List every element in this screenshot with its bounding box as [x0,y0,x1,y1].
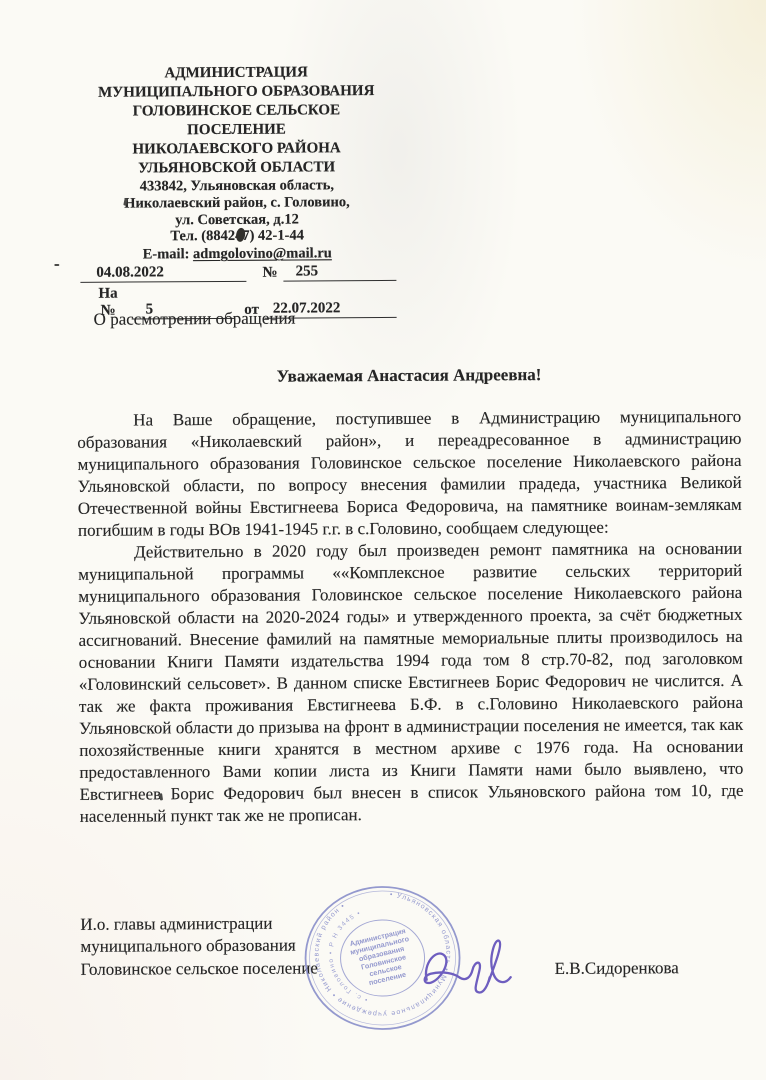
signer-position-line: И.о. главы администрации [80,912,317,936]
postal-address-line: 433842, Ульяновская область, [78,177,396,196]
subject-line: О рассмотрении обращения [94,309,296,330]
signer-name: Е.В.Сидоренкова [555,958,679,979]
org-name-line: МУНИЦИПАЛЬНОГО ОБРАЗОВАНИЯ [77,82,395,103]
signer-position: И.о. главы администрации муниципального … [80,912,318,981]
letterhead: АДМИНИСТРАЦИЯ МУНИЦИПАЛЬНОГО ОБРАЗОВАНИЯ… [77,63,397,320]
signature-stroke [488,940,510,982]
email-line: E-mail: admgolovino@mail.ru [78,245,396,263]
scan-speck [54,264,59,266]
postal-address-line: ул. Советская, д.12 [78,211,396,230]
org-name-line: АДМИНИСТРАЦИЯ [77,63,395,84]
handwritten-signature [412,935,516,1012]
org-name-line: НИКОЛАЕВСКОГО РАЙОНА [78,139,396,160]
salutation: Уважаемая Анастасия Андреевна! [77,364,741,388]
outgoing-ref-row: 04.08.2022 № 255 [80,263,396,283]
org-name-line: ГОЛОВИНСКОЕ СЕЛЬСКОЕ [77,101,395,122]
signer-position-line: Головинское сельское поселение [81,957,318,981]
org-name-line: УЛЬЯНОВСКОЙ ОБЛАСТИ [78,158,396,179]
stamp-center-text: Администрация муниципального образования… [347,926,418,990]
outgoing-date-field: 04.08.2022 [80,264,246,283]
signature-stroke [460,963,490,993]
email-label: E-mail: [143,246,190,262]
signer-position-line: муниципального образования [80,935,317,959]
signature-stroke [425,953,460,983]
body-paragraph: Действительно в 2020 году был произведен… [78,538,744,828]
number-sign-label: № [262,265,277,282]
scanned-letter-page: АДМИНИСТРАЦИЯ МУНИЦИПАЛЬНОГО ОБРАЗОВАНИЯ… [0,0,766,1080]
email-address: admgolovino@mail.ru [193,245,332,262]
outgoing-number-field: 255 [284,263,397,282]
letter-scan: АДМИНИСТРАЦИЯ МУНИЦИПАЛЬНОГО ОБРАЗОВАНИЯ… [0,0,766,1080]
org-name-line: ПОСЕЛЕНИЕ [77,120,395,141]
body-paragraph: На Ваше обращение, поступившее в Админис… [77,406,742,542]
letter-body: На Ваше обращение, поступившее в Админис… [77,406,744,828]
